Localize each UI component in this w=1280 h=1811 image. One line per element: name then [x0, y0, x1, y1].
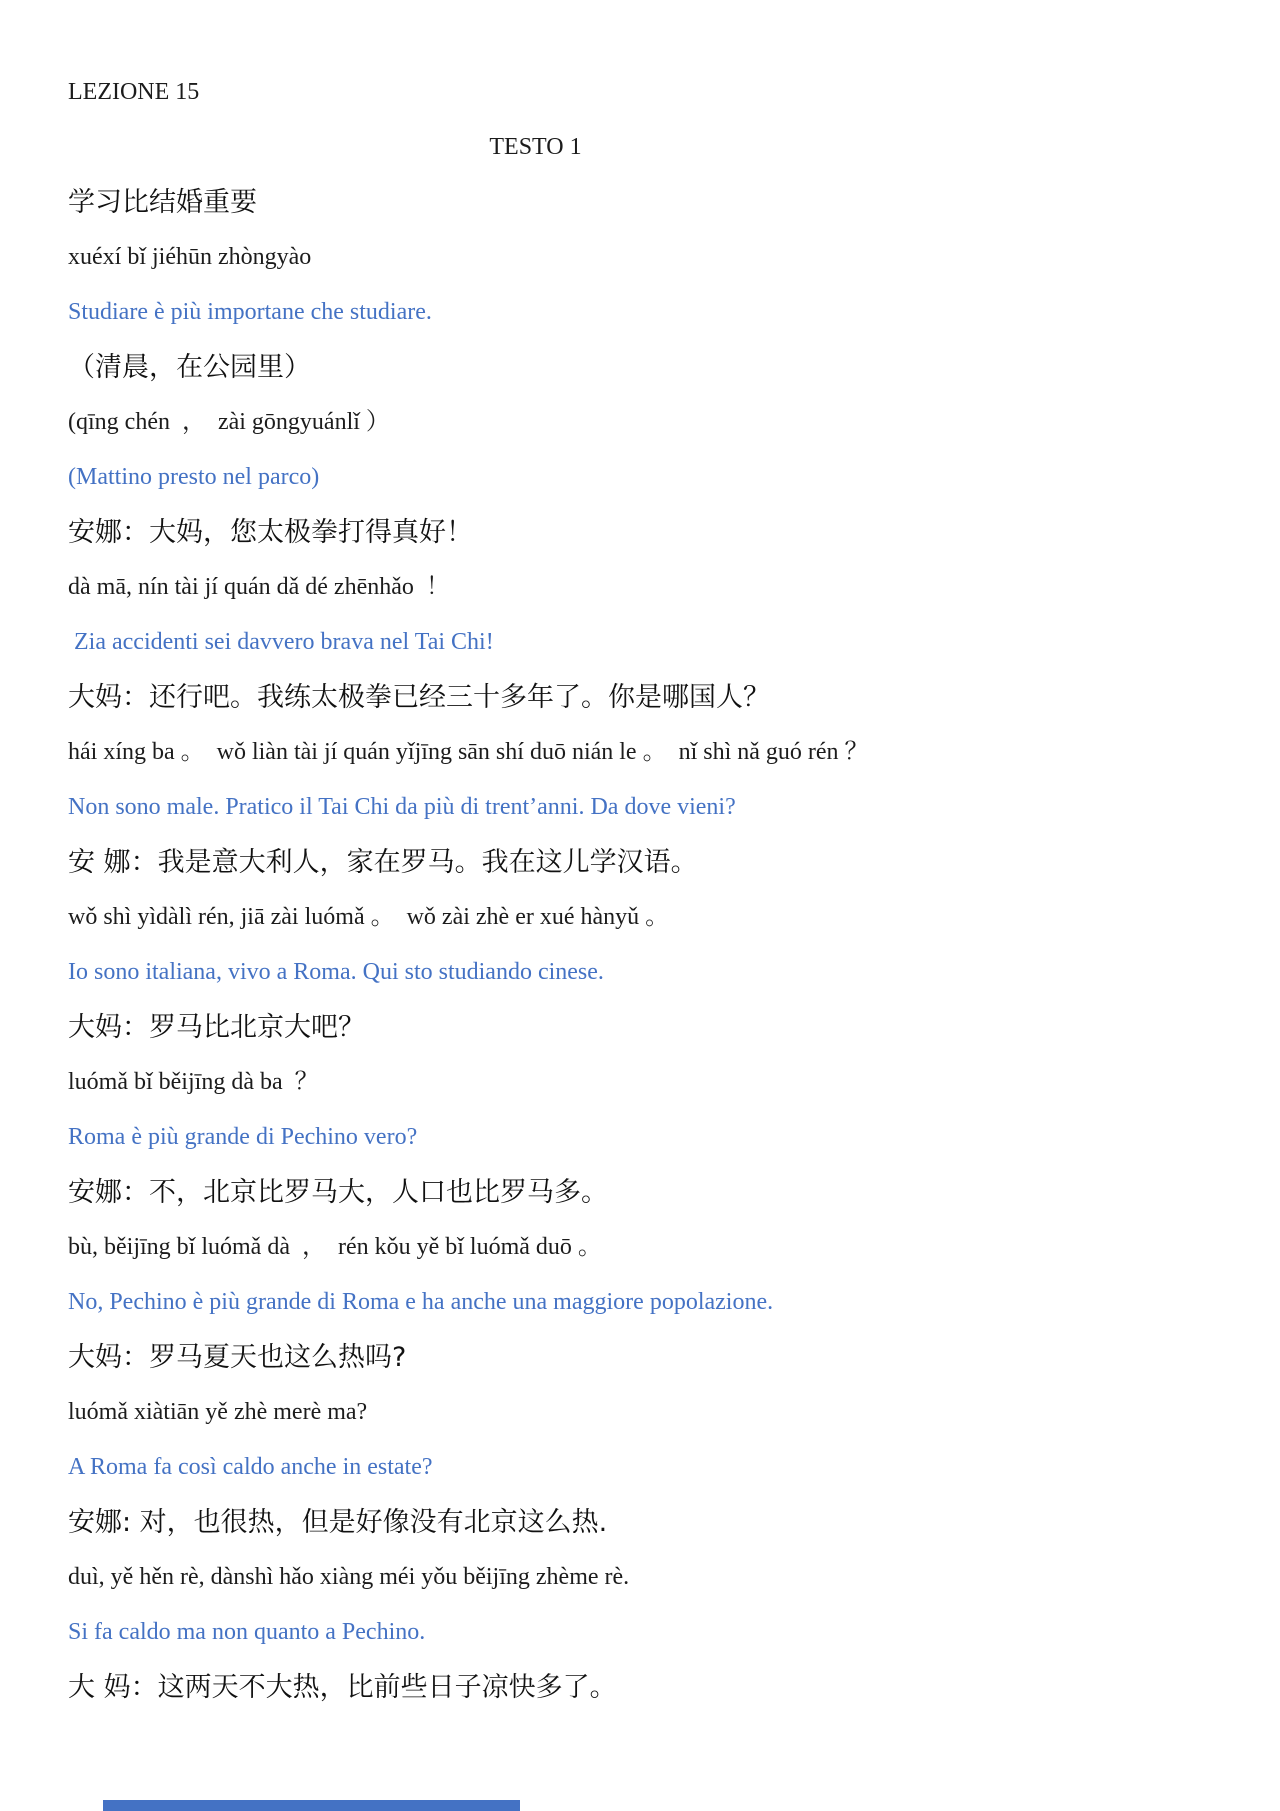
document-page: LEZIONE 15TESTO 1学习比结婚重要xuéxí bǐ jiéhūn …: [0, 0, 1280, 1811]
translation-line: Si fa caldo ma non quanto a Pechino.: [68, 1605, 1228, 1660]
pinyin-line: dà mā, nín tài jí quán dǎ dé zhēnhǎo ！: [68, 560, 1228, 615]
pinyin-line: (qīng chén ， zài gōngyuánlǐ ）: [68, 395, 1228, 450]
clipped-translation-line: [103, 1800, 520, 1811]
translation-line: Studiare è più importane che studiare.: [68, 285, 1228, 340]
pinyin-line: xuéxí bǐ jiéhūn zhòngyào: [68, 230, 1228, 285]
chinese-line: 安娜：不，北京比罗马大，人口也比罗马多。: [68, 1165, 1228, 1220]
translation-line: (Mattino presto nel parco): [68, 450, 1228, 505]
text-column: LEZIONE 15TESTO 1学习比结婚重要xuéxí bǐ jiéhūn …: [68, 65, 1228, 1715]
chinese-line: 安 娜：我是意大利人，家在罗马。我在这儿学汉语。: [68, 835, 1228, 890]
pinyin-line: duì, yě hěn rè, dànshì hǎo xiàng méi yǒu…: [68, 1550, 1228, 1605]
chinese-line: 大 妈：这两天不大热，比前些日子凉快多了。: [68, 1660, 1228, 1715]
translation-line: Non sono male. Pratico il Tai Chi da più…: [68, 780, 1228, 835]
chinese-line: 安娜：大妈，您太极拳打得真好！: [68, 505, 1228, 560]
translation-line: Roma è più grande di Pechino vero?: [68, 1110, 1228, 1165]
pinyin-line: hái xíng ba 。 wǒ liàn tài jí quán yǐjīng…: [68, 725, 1228, 780]
translation-line: Io sono italiana, vivo a Roma. Qui sto s…: [68, 945, 1228, 1000]
section-title: TESTO 1: [68, 120, 1003, 175]
chinese-line: 大妈：罗马夏天也这么热吗?: [68, 1330, 1228, 1385]
chinese-line: （清晨，在公园里）: [68, 340, 1228, 395]
pinyin-line: luómǎ xiàtiān yě zhè merè ma?: [68, 1385, 1228, 1440]
translation-line: No, Pechino è più grande di Roma e ha an…: [68, 1275, 1228, 1330]
pinyin-line: bù, běijīng bǐ luómǎ dà ， rén kǒu yě bǐ …: [68, 1220, 1228, 1275]
chinese-line: 大妈：还行吧。我练太极拳已经三十多年了。你是哪国人？: [68, 670, 1228, 725]
translation-line: A Roma fa così caldo anche in estate?: [68, 1440, 1228, 1495]
translation-line: Zia accidenti sei davvero brava nel Tai …: [68, 615, 1228, 670]
chinese-line: 学习比结婚重要: [68, 175, 1228, 230]
chinese-line: 安娜: 对，也很热，但是好像没有北京这么热.: [68, 1495, 1228, 1550]
lesson-header: LEZIONE 15: [68, 65, 1228, 120]
chinese-line: 大妈：罗马比北京大吧？: [68, 1000, 1228, 1055]
pinyin-line: wǒ shì yìdàlì rén, jiā zài luómǎ 。 wǒ zà…: [68, 890, 1228, 945]
pinyin-line: luómǎ bǐ běijīng dà ba ？: [68, 1055, 1228, 1110]
